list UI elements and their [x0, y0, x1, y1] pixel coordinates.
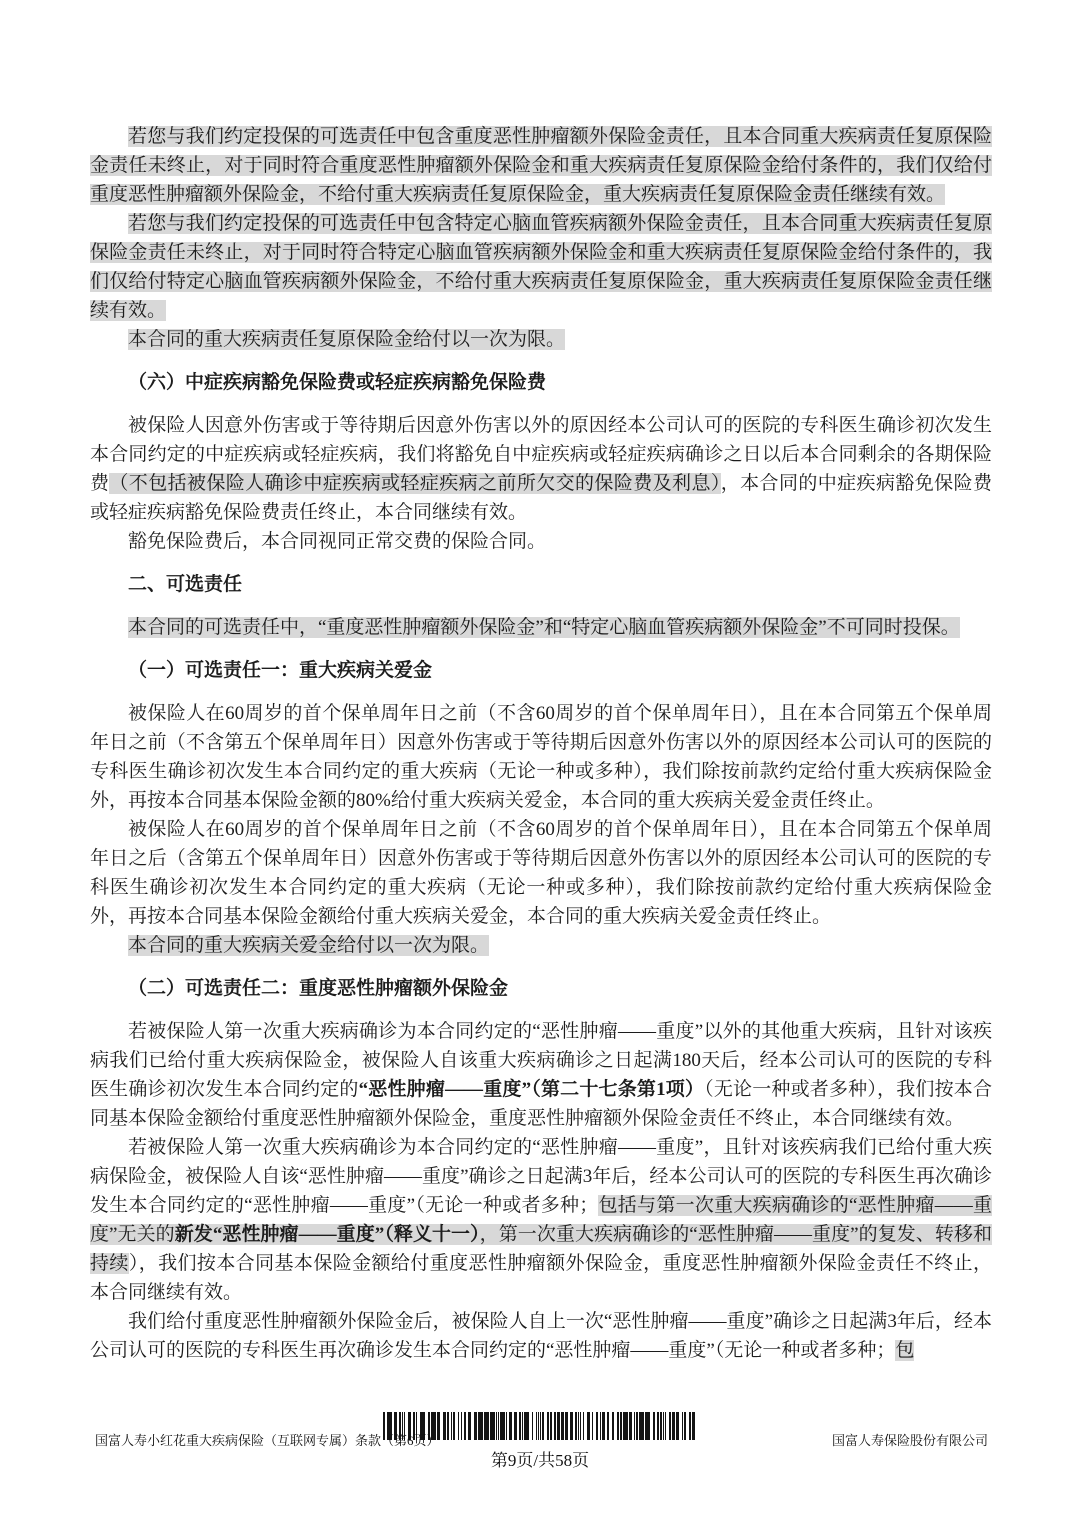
text-run: （二）可选责任二：重度恶性肿瘤额外保险金 [128, 978, 508, 999]
text-run: 我们给付重度恶性肿瘤额外保险金后，被保险人自上一次“恶性肿瘤——重度”确诊之日起… [90, 1311, 992, 1361]
paragraph: 我们给付重度恶性肿瘤额外保险金后，被保险人自上一次“恶性肿瘤——重度”确诊之日起… [90, 1307, 992, 1365]
text-run: 若您与我们约定投保的可选责任中包含重度恶性肿瘤额外保险金责任，且本合同重大疾病责… [90, 126, 992, 205]
text-run: 二、可选责任 [128, 574, 242, 595]
paragraph: 被保险人在60周岁的首个保单周年日之前（不含60周岁的首个保单周年日），且在本合… [90, 815, 992, 931]
paragraph: 被保险人因意外伤害或于等待期后因意外伤害以外的原因经本公司认可的医院的专科医生确… [90, 411, 992, 527]
text-run: 包 [895, 1340, 914, 1361]
paragraph: 本合同的重大疾病责任复原保险金给付以一次为限。 [90, 325, 992, 354]
text-run: 本合同的重大疾病责任复原保险金给付以一次为限。 [128, 329, 565, 350]
section-heading: （二）可选责任二：重度恶性肿瘤额外保险金 [90, 974, 992, 1003]
text-run: 本合同的重大疾病关爱金给付以一次为限。 [128, 935, 489, 956]
paragraph: 若您与我们约定投保的可选责任中包含特定心脑血管疾病额外保险金责任，且本合同重大疾… [90, 209, 992, 325]
text-run: 新发“恶性肿瘤——重度”（释义十一） [175, 1224, 480, 1245]
paragraph: 若被保险人第一次重大疾病确诊为本合同约定的“恶性肿瘤——重度”，且针对该疾病我们… [90, 1133, 992, 1307]
paragraph: 被保险人在60周岁的首个保单周年日之前（不含60周岁的首个保单周年日），且在本合… [90, 699, 992, 815]
text-run: 被保险人在60周岁的首个保单周年日之前（不含60周岁的首个保单周年日），且在本合… [90, 819, 992, 927]
text-run: 若您与我们约定投保的可选责任中包含特定心脑血管疾病额外保险金责任，且本合同重大疾… [90, 213, 992, 321]
text-run: （六）中症疾病豁免保险费或轻症疾病豁免保险费 [128, 372, 546, 393]
paragraph: 本合同的重大疾病关爱金给付以一次为限。 [90, 931, 992, 960]
paragraph: 若您与我们约定投保的可选责任中包含重度恶性肿瘤额外保险金责任，且本合同重大疾病责… [90, 122, 992, 209]
page-number-indicator: 第9页/共58页 [0, 1446, 1080, 1471]
section-heading: （一）可选责任一：重大疾病关爱金 [90, 656, 992, 685]
paragraph: 豁免保险费后，本合同视同正常交费的保险合同。 [90, 527, 992, 556]
text-run: （不包括被保险人确诊中症疾病或轻症疾病之前所欠交的保险费及利息） [109, 473, 720, 494]
text-run: 被保险人在60周岁的首个保单周年日之前（不含60周岁的首个保单周年日），且在本合… [90, 703, 992, 811]
text-run: 本合同的可选责任中，“重度恶性肿瘤额外保险金”和“特定心脑血管疾病额外保险金”不… [128, 617, 960, 638]
text-run: “恶性肿瘤——重度”（第二十七条第1项） [359, 1079, 705, 1100]
paragraph: 本合同的可选责任中，“重度恶性肿瘤额外保险金”和“特定心脑血管疾病额外保险金”不… [90, 613, 992, 642]
text-run: （一）可选责任一：重大疾病关爱金 [128, 660, 432, 681]
text-run: ），我们按本合同基本保险金额给付重度恶性肿瘤额外保险金，重度恶性肿瘤额外保险金责… [90, 1253, 992, 1303]
text-run: 豁免保险费后，本合同视同正常交费的保险合同。 [128, 531, 546, 552]
paragraph: 若被保险人第一次重大疾病确诊为本合同约定的“恶性肿瘤——重度”以外的其他重大疾病… [90, 1017, 992, 1133]
section-heading: （六）中症疾病豁免保险费或轻症疾病豁免保险费 [90, 368, 992, 397]
document-content: 若您与我们约定投保的可选责任中包含重度恶性肿瘤额外保险金责任，且本合同重大疾病责… [90, 122, 992, 1365]
section-heading: 二、可选责任 [90, 570, 992, 599]
